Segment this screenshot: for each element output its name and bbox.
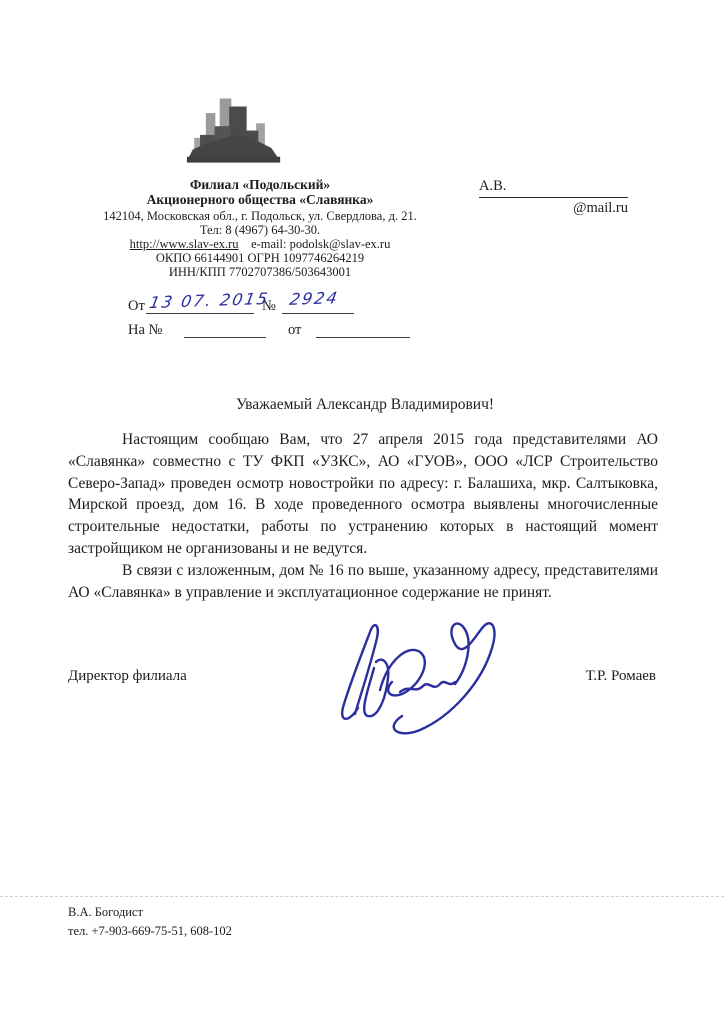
ref-number-label: № (262, 298, 276, 315)
ref-na-underline (184, 320, 266, 338)
body-paragraph-2: В связи с изложенным, дом № 16 по выше, … (68, 560, 658, 604)
org-website-link[interactable]: http://www.slav-ex.ru (130, 237, 239, 251)
org-okpo-ogrn: ОКПО 66144901 ОГРН 1097746264219 (60, 251, 460, 266)
signer-name: Т.Р. Ромаев (586, 668, 656, 685)
letter-body: Настоящим сообщаю Вам, что 27 апреля 201… (68, 429, 658, 603)
company-logo-skyline-icon (184, 93, 286, 171)
footer-contact-name: В.А. Богодист (68, 905, 143, 920)
ref-ot-underline (316, 320, 410, 338)
spacer (242, 237, 248, 251)
footer-contact-phone: тел. +7-903-669-75-51, 608-102 (68, 924, 232, 939)
ref-na-label: На № (128, 322, 162, 339)
org-inn-kpp: ИНН/КПП 7702707386/503643001 (60, 265, 460, 280)
org-name-line2: Акционерного общества «Славянка» (60, 192, 460, 208)
body-paragraph-1: Настоящим сообщаю Вам, что 27 апреля 201… (68, 429, 658, 560)
recipient-initials-line: А.В. (479, 178, 628, 198)
signer-position-title: Директор филиала (68, 668, 187, 685)
ref-from-label: От (128, 298, 145, 315)
handwritten-number: 2924 (288, 288, 340, 309)
org-web-email-row: http://www.slav-ex.ru e-mail: podolsk@sl… (60, 237, 460, 252)
scan-artifact-line (0, 896, 724, 897)
org-address: 142104, Московская обл., г. Подольск, ул… (60, 209, 460, 224)
handwritten-signature-scribble (328, 612, 503, 744)
scanned-letter-page: Филиал «Подольский» Акционерного обществ… (0, 0, 724, 1024)
org-phone: Тел: 8 (4967) 64-30-30. (60, 223, 460, 238)
recipient-email-suffix: @mail.ru (479, 200, 628, 217)
org-email: e-mail: podolsk@slav-ex.ru (251, 237, 390, 251)
ref-ot-label: от (288, 322, 301, 339)
salutation: Уважаемый Александр Владимирович! (65, 396, 665, 414)
org-name-line1: Филиал «Подольский» (60, 177, 460, 193)
